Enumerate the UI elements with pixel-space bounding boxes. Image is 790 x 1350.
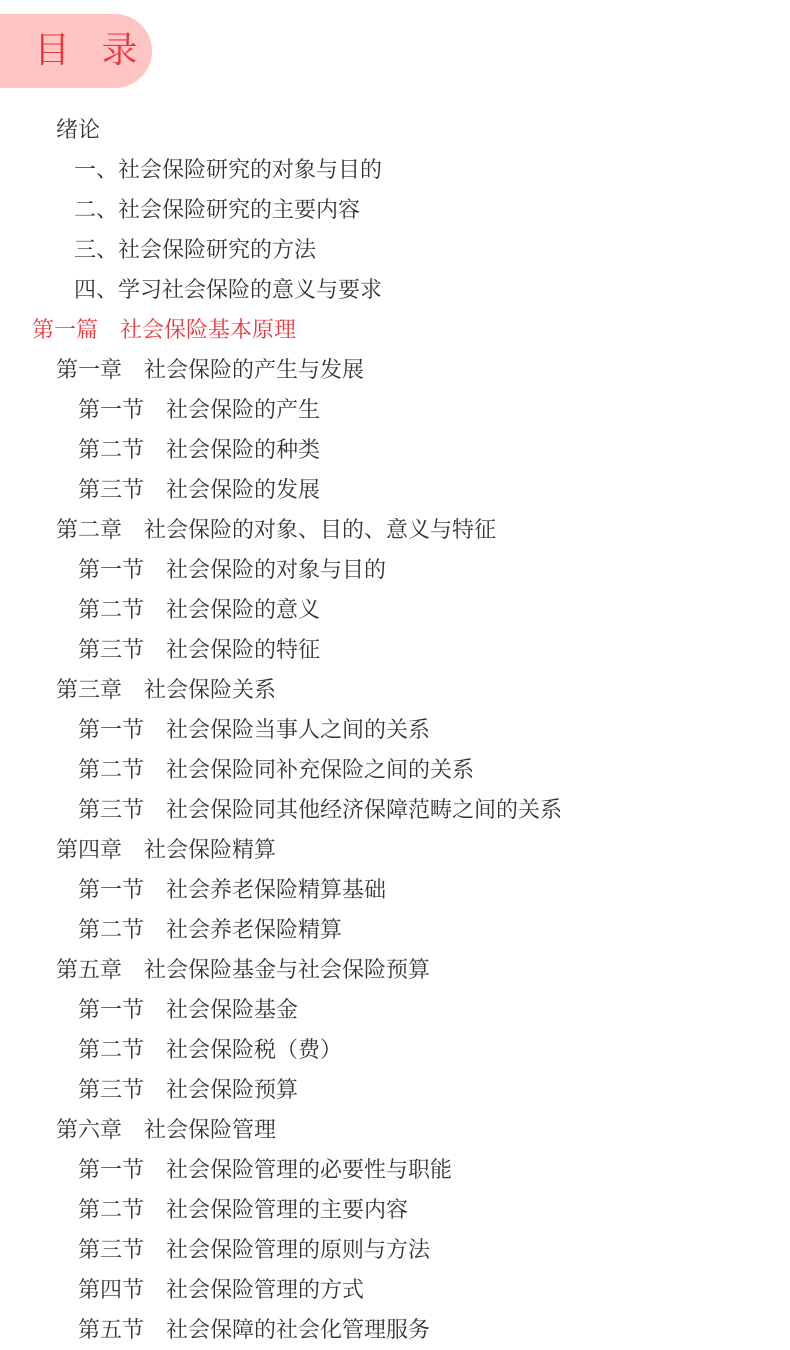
toc-entry-title: 社会保险管理的方式	[166, 1278, 364, 1303]
toc-entry-title: 社会保险管理的必要性与职能	[166, 1158, 452, 1183]
toc-entry-number: 第五节	[78, 1318, 144, 1343]
toc-entry-title: 社会保险同其他经济保障范畴之间的关系	[166, 798, 562, 823]
toc-entry-section[interactable]: 第一节社会养老保险精算基础	[0, 871, 790, 911]
toc-entry-section[interactable]: 第二节社会保险管理的主要内容	[0, 1191, 790, 1231]
toc-entry-title: 社会保险关系	[144, 678, 276, 703]
toc-entry-title: 社会保险当事人之间的关系	[166, 718, 430, 743]
toc-entry-title: 三、社会保险研究的方法	[74, 238, 316, 263]
toc-entry-number: 第一节	[78, 718, 144, 743]
toc-entry-title: 社会保险基金	[166, 998, 298, 1023]
toc-entry-section[interactable]: 第二节社会养老保险精算	[0, 911, 790, 951]
toc-entry-number: 第一节	[78, 558, 144, 583]
toc-entry-number: 第五章	[56, 958, 122, 983]
toc-entry-title: 社会保险税（费）	[166, 1038, 342, 1063]
toc-entry-section[interactable]: 第三节社会保险的特征	[0, 631, 790, 671]
toc-entry-title: 社会保险的意义	[166, 598, 320, 623]
toc-entry-title: 社会保险预算	[166, 1078, 298, 1103]
toc-entry-section[interactable]: 第一节社会保险基金	[0, 991, 790, 1031]
toc-entry-number: 第三节	[78, 798, 144, 823]
toc-entry-number: 第三节	[78, 638, 144, 663]
toc-entry-section[interactable]: 第二节社会保险的种类	[0, 431, 790, 471]
toc-entry-title: 社会保险管理的原则与方法	[166, 1238, 430, 1263]
toc-entry-title: 社会保险的对象与目的	[166, 558, 386, 583]
toc-entry-title: 社会保障的社会化管理服务	[166, 1318, 430, 1343]
toc-entry-title: 一、社会保险研究的对象与目的	[74, 158, 382, 183]
toc-entry-number: 第三章	[56, 678, 122, 703]
toc-entry-section[interactable]: 第二节社会保险同补充保险之间的关系	[0, 751, 790, 791]
toc-entry-title: 社会养老保险精算基础	[166, 878, 386, 903]
toc-entry-number: 第四节	[78, 1278, 144, 1303]
toc-entry-intro-item[interactable]: 一、社会保险研究的对象与目的	[0, 151, 790, 191]
toc-entry-section[interactable]: 第五节社会保障的社会化管理服务	[0, 1311, 790, 1350]
toc-entry-number: 第六章	[56, 1118, 122, 1143]
toc-entry-title: 四、学习社会保险的意义与要求	[74, 278, 382, 303]
toc-entry-title: 社会保险的特征	[166, 638, 320, 663]
toc-entry-section[interactable]: 第三节社会保险的发展	[0, 471, 790, 511]
toc-entry-number: 第三节	[78, 1238, 144, 1263]
toc-entry-part[interactable]: 第一篇社会保险基本原理	[0, 311, 790, 351]
toc-entry-title: 社会保险的对象、目的、意义与特征	[144, 518, 496, 543]
toc-entry-section[interactable]: 第一节社会保险的产生	[0, 391, 790, 431]
toc-entry-chapter[interactable]: 第四章社会保险精算	[0, 831, 790, 871]
toc-entry-intro-item[interactable]: 二、社会保险研究的主要内容	[0, 191, 790, 231]
toc-entry-title: 社会保险的发展	[166, 478, 320, 503]
toc-entry-title: 二、社会保险研究的主要内容	[74, 198, 360, 223]
toc-entry-number: 第三节	[78, 1078, 144, 1103]
toc-entry-section[interactable]: 第三节社会保险管理的原则与方法	[0, 1231, 790, 1271]
toc-entry-number: 第一节	[78, 998, 144, 1023]
toc-entry-intro-item[interactable]: 四、学习社会保险的意义与要求	[0, 271, 790, 311]
toc-entry-title: 社会保险的产生与发展	[144, 358, 364, 383]
toc-entry-title: 社会保险的种类	[166, 438, 320, 463]
toc-entry-section[interactable]: 第一节社会保险管理的必要性与职能	[0, 1151, 790, 1191]
toc-entry-intro[interactable]: 绪论	[0, 111, 790, 151]
toc-entry-title: 社会保险管理的主要内容	[166, 1198, 408, 1223]
toc-entry-number: 第二节	[78, 758, 144, 783]
toc-entry-number: 第一章	[56, 358, 122, 383]
toc-entry-number: 第一节	[78, 1158, 144, 1183]
toc-entry-section[interactable]: 第四节社会保险管理的方式	[0, 1271, 790, 1311]
toc-entry-number: 第三节	[78, 478, 144, 503]
toc-entry-intro-item[interactable]: 三、社会保险研究的方法	[0, 231, 790, 271]
toc-entry-section[interactable]: 第三节社会保险预算	[0, 1071, 790, 1111]
toc-entry-section[interactable]: 第一节社会保险的对象与目的	[0, 551, 790, 591]
toc-entry-number: 第二章	[56, 518, 122, 543]
toc-entry-title: 社会保险同补充保险之间的关系	[166, 758, 474, 783]
toc-entry-number: 第二节	[78, 1198, 144, 1223]
toc-entry-title: 绪论	[56, 118, 100, 143]
toc-entry-number: 第一节	[78, 878, 144, 903]
toc-entry-number: 第二节	[78, 1038, 144, 1063]
toc-entry-section[interactable]: 第三节社会保险同其他经济保障范畴之间的关系	[0, 791, 790, 831]
toc-entry-chapter[interactable]: 第六章社会保险管理	[0, 1111, 790, 1151]
toc-entry-number: 第二节	[78, 598, 144, 623]
toc-entry-chapter[interactable]: 第五章社会保险基金与社会保险预算	[0, 951, 790, 991]
toc-entry-number: 第一篇	[32, 318, 98, 343]
toc-entry-title: 社会保险基本原理	[120, 318, 296, 343]
toc-entry-title: 社会保险的产生	[166, 398, 320, 423]
toc-entry-number: 第一节	[78, 398, 144, 423]
toc-entry-number: 第二节	[78, 918, 144, 943]
toc-entry-title: 社会养老保险精算	[166, 918, 342, 943]
toc-entry-chapter[interactable]: 第二章社会保险的对象、目的、意义与特征	[0, 511, 790, 551]
table-of-contents: 绪论一、社会保险研究的对象与目的二、社会保险研究的主要内容三、社会保险研究的方法…	[0, 111, 790, 1350]
toc-entry-section[interactable]: 第一节社会保险当事人之间的关系	[0, 711, 790, 751]
toc-entry-title: 社会保险精算	[144, 838, 276, 863]
toc-entry-title: 社会保险管理	[144, 1118, 276, 1143]
page-title: 目 录	[34, 14, 147, 88]
toc-entry-chapter[interactable]: 第三章社会保险关系	[0, 671, 790, 711]
toc-entry-section[interactable]: 第二节社会保险的意义	[0, 591, 790, 631]
toc-entry-number: 第四章	[56, 838, 122, 863]
toc-entry-number: 第二节	[78, 438, 144, 463]
toc-entry-title: 社会保险基金与社会保险预算	[144, 958, 430, 983]
toc-entry-chapter[interactable]: 第一章社会保险的产生与发展	[0, 351, 790, 391]
toc-entry-section[interactable]: 第二节社会保险税（费）	[0, 1031, 790, 1071]
